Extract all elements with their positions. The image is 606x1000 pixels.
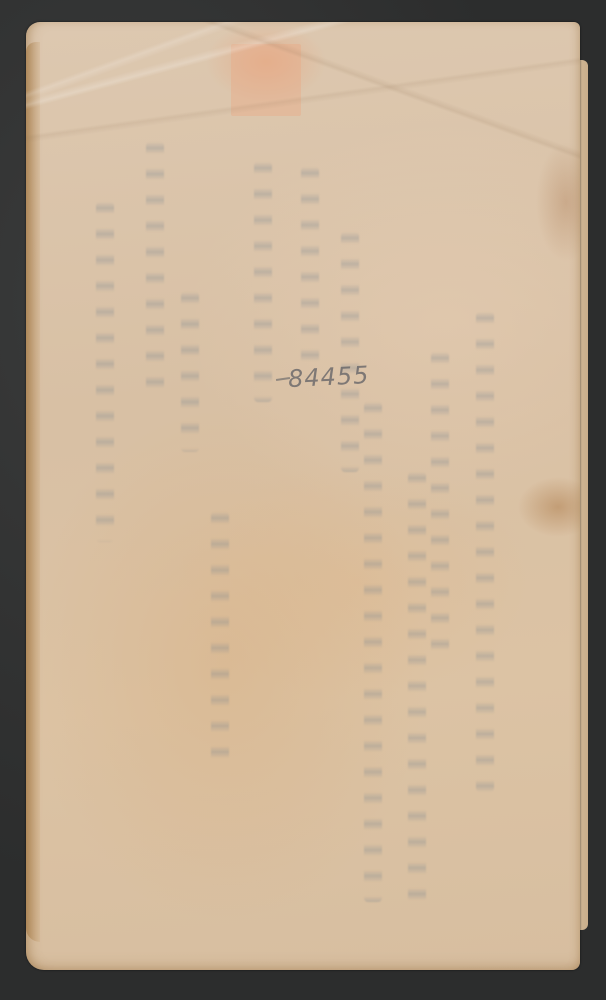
bleed-through-column	[254, 162, 272, 402]
scan-background: 84455	[0, 0, 606, 1000]
bleed-through-column	[181, 292, 199, 452]
bleed-through-column	[146, 142, 164, 392]
catalog-number: 84455	[287, 361, 370, 393]
bleed-through-column	[301, 167, 319, 377]
bleed-through-column	[341, 232, 359, 472]
bleed-through-column	[408, 472, 426, 902]
bleed-through-column	[431, 352, 449, 652]
paper-leaf: 84455	[26, 22, 580, 970]
bleed-through-column	[211, 512, 229, 772]
bleed-through-column	[96, 202, 114, 542]
bleed-through-column	[476, 312, 494, 792]
bleed-through-column	[364, 402, 382, 902]
faded-seal-label	[231, 44, 301, 116]
